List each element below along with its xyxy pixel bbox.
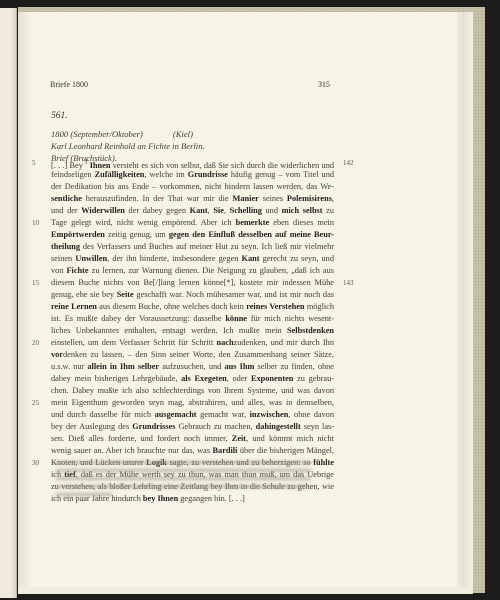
text-line: der Dedikation bis ans Ende – vorkommen,… [51, 181, 334, 193]
line-number: 30 [32, 457, 39, 469]
footnote-line [56, 469, 311, 472]
text-line: vordenken zu lassen, – den Sinn seiner W… [51, 349, 334, 361]
letter-number: 561. [51, 111, 68, 121]
text-line: theilung des Verfassers und Buches auf m… [51, 241, 334, 253]
text-line: und der Widerwillen der dabey gegen Kant… [51, 205, 334, 217]
line-text: genug, ehe sie bey Seite geschafft war. … [51, 290, 334, 299]
source-page-number: 143 [343, 277, 354, 289]
text-line: wenig sauer an. Aber ich brauchte nur da… [51, 445, 334, 457]
line-text: mein Eigenthum geworden seyn mag, abstra… [51, 398, 334, 407]
footnote-line [56, 477, 311, 480]
footnote-blurred [56, 461, 311, 501]
text-line: ist. Es mußte dabey der Voraussetzung: d… [51, 313, 334, 325]
text-line: Empörtwerden zeitig genug, um gegen den … [51, 229, 334, 241]
footnote-line [56, 461, 311, 464]
text-line: feindseligen Zufälligkeiten, welche im G… [51, 169, 334, 181]
line-number: 20 [32, 337, 39, 349]
line-text: liches Unbekanntes enthalten, entsagt we… [51, 326, 334, 335]
line-text: Tage gelegt wird, nicht wenig empörend. … [51, 218, 334, 227]
text-line: genug, ehe sie bey Seite geschafft war. … [51, 289, 334, 301]
line-number: 5 [32, 157, 36, 169]
line-text: der Dedikation bis ans Ende – vorkommen,… [51, 182, 334, 191]
text-line: seinen Unwillen, der ihn hinderte, insbe… [51, 253, 334, 265]
line-text: und der Widerwillen der dabey gegen Kant… [51, 206, 334, 215]
source-page-number: 142 [343, 157, 354, 169]
line-text: diesem Buche nichts von Be[/]lang lernen… [51, 278, 334, 287]
text-line: u.s.w. nur allein in Ihm selber aufzusuc… [51, 361, 334, 373]
letter-place: (Kiel) [173, 129, 193, 139]
line-number: 15 [32, 277, 39, 289]
text-line: bey der Auslegung des Grundrisses Gebrau… [51, 421, 334, 433]
line-text: bey der Auslegung des Grundrisses Gebrau… [51, 422, 334, 431]
line-text: wenig sauer an. Aber ich brauchte nur da… [51, 446, 334, 455]
footnote-line [56, 485, 311, 488]
text-line: und durch dasselbe für mich ausgemacht g… [51, 409, 334, 421]
line-text: theilung des Verfassers und Buches auf m… [51, 242, 334, 251]
line-text: u.s.w. nur allein in Ihm selber aufzusuc… [51, 362, 334, 371]
line-text: einstellen, um dem Verfasser Schritt für… [51, 338, 334, 347]
text-line: mein Eigenthum geworden seyn mag, abstra… [51, 397, 334, 409]
line-text: dabey mein bisheriges Lehrgebäude, als E… [51, 374, 334, 383]
line-text: feindseligen Zufälligkeiten, welche im G… [51, 170, 334, 179]
text-line: dabey mein bisheriges Lehrgebäude, als E… [51, 373, 334, 385]
text-line: sentliche herauszufinden. In der That wa… [51, 193, 334, 205]
footnote-line [56, 493, 112, 496]
text-line: chen. Dabey mußte ich also schlechterdin… [51, 385, 334, 397]
line-text: von Fichte zu lernen, zur Warnung dienen… [51, 266, 334, 275]
text-line: von Fichte zu lernen, zur Warnung dienen… [51, 265, 334, 277]
line-number: 25 [32, 397, 39, 409]
text-line: einstellen, um dem Verfasser Schritt für… [51, 337, 334, 349]
letter-date: 1800 (September/Oktober) [51, 129, 143, 139]
text-line: [. . .] Bey f Ihnen versteht es sich von… [51, 157, 334, 169]
line-text: sentliche herauszufinden. In der That wa… [51, 194, 334, 203]
line-number: 10 [32, 217, 39, 229]
running-title: Briefe 1800 [50, 80, 88, 89]
letter-body: [. . .] Bey f Ihnen versteht es sich von… [51, 157, 334, 505]
text-line: liches Unbekanntes enthalten, entsagt we… [51, 325, 334, 337]
page-number: 315 [318, 80, 330, 89]
previous-page-edge [0, 8, 17, 598]
letter-correspondents: Karl Leonhard Reinhold an Fichte in Berl… [51, 140, 205, 152]
line-text: reine Lernen aus diesem Buche, ohne welc… [51, 302, 334, 311]
line-text: sen. Dieß alles forderte, und fordert no… [51, 434, 334, 443]
line-text: seinen Unwillen, der ihn hinderte, insbe… [51, 254, 334, 263]
text-line: Tage gelegt wird, nicht wenig empörend. … [51, 217, 334, 229]
text-line: reine Lernen aus diesem Buche, ohne welc… [51, 301, 334, 313]
page-fore-edge [457, 12, 473, 587]
text-line: diesem Buche nichts von Be[/]lang lernen… [51, 277, 334, 289]
line-text: Empörtwerden zeitig genug, um gegen den … [51, 230, 334, 239]
line-text: vordenken zu lassen, – den Sinn seiner W… [51, 350, 334, 359]
line-text: ist. Es mußte dabey der Voraussetzung: d… [51, 314, 334, 323]
text-line: sen. Dieß alles forderte, und fordert no… [51, 433, 334, 445]
line-text: chen. Dabey mußte ich also schlechterdin… [51, 386, 334, 395]
line-text: und durch dasselbe für mich ausgemacht g… [51, 410, 334, 419]
